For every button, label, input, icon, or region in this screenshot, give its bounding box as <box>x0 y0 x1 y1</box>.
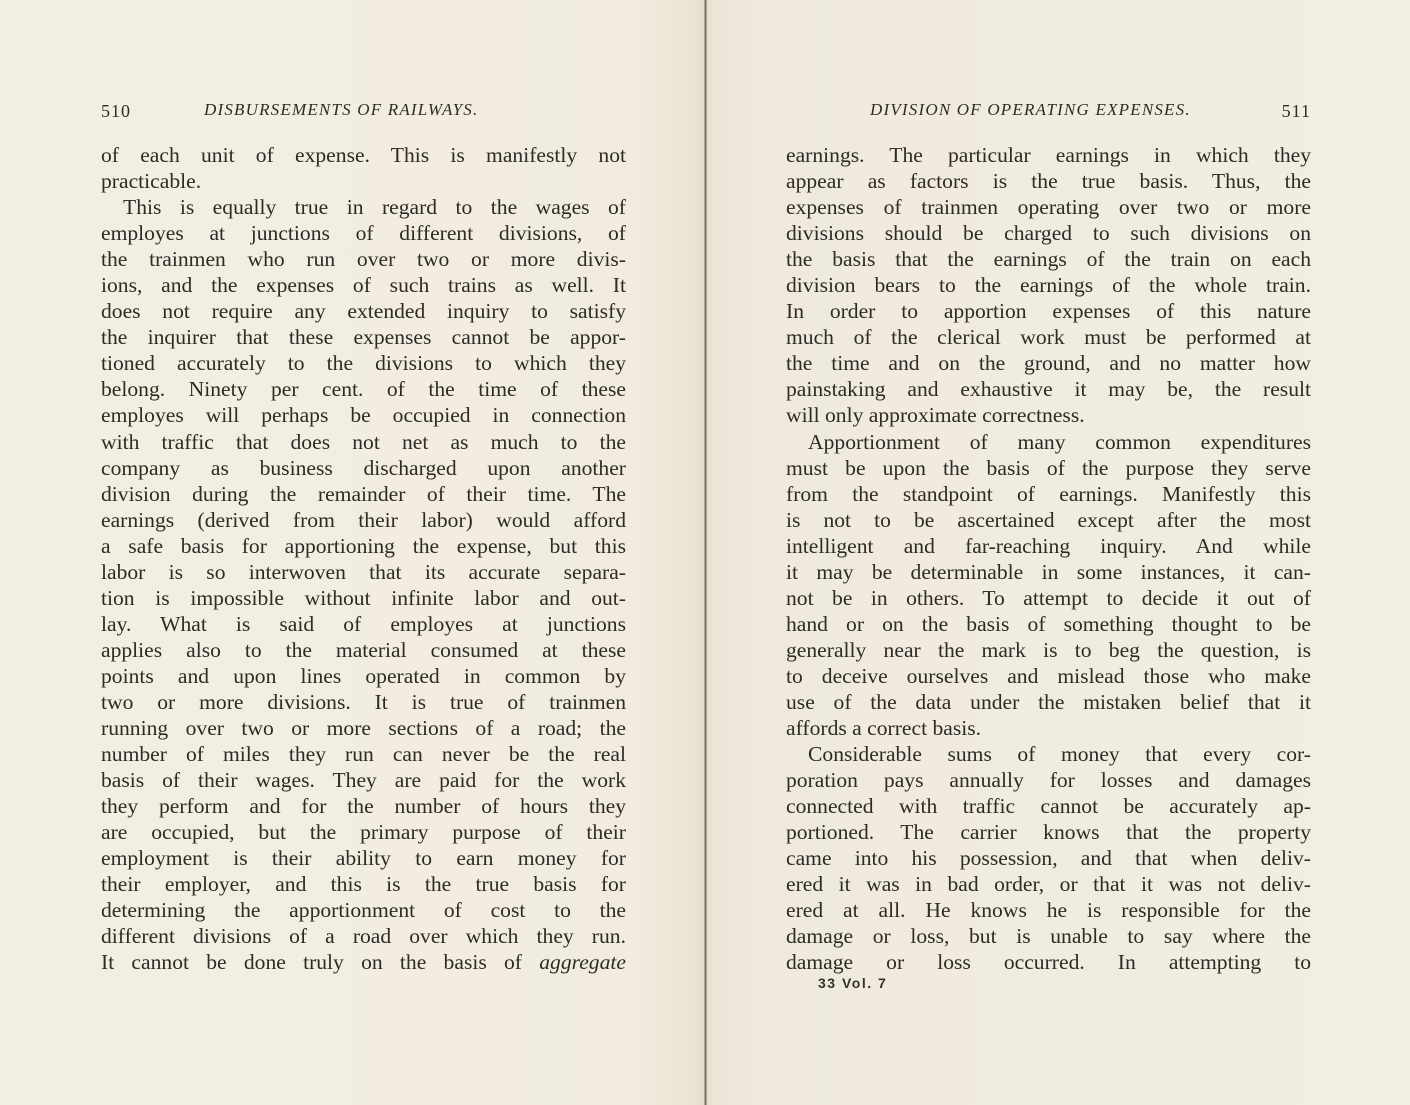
text-line: their employer, and this is the true bas… <box>101 871 626 897</box>
text-line: employment is their ability to earn mone… <box>101 845 626 871</box>
text-line: tion is impossible without infinite labo… <box>101 585 626 611</box>
text-line: employes will perhaps be occupied in con… <box>101 402 626 428</box>
text-line: poration pays annually for losses and da… <box>786 767 1311 793</box>
text-line: they perform and for the number of hours… <box>101 793 626 819</box>
text-line: is not to be ascertained except after th… <box>786 507 1311 533</box>
text-line: points and upon lines operated in common… <box>101 663 626 689</box>
text-line: earnings (derived from their labor) woul… <box>101 507 626 533</box>
text-line: employes at junctions of different divis… <box>101 220 626 246</box>
text-line: the trainmen who run over two or more di… <box>101 246 626 272</box>
text-line: the basis that the earnings of the train… <box>786 246 1311 272</box>
text-line: damage or loss occurred. In attempting t… <box>786 949 1311 975</box>
text-line: does not require any extended inquiry to… <box>101 298 626 324</box>
text-line: painstaking and exhaustive it may be, th… <box>786 376 1311 402</box>
text-line: from the standpoint of earnings. Manifes… <box>786 481 1311 507</box>
book-gutter <box>704 0 707 1105</box>
text-line: belong. Ninety per cent. of the time of … <box>101 376 626 402</box>
text-line: applies also to the material consumed at… <box>101 637 626 663</box>
text-line-final-roman: It cannot be done truly on the basis of <box>101 950 522 974</box>
paragraph-start-line: This is equally true in regard to the wa… <box>101 194 626 220</box>
text-line: must be upon the basis of the purpose th… <box>786 455 1311 481</box>
text-line: appear as factors is the true basis. Thu… <box>786 168 1311 194</box>
text-line: expenses of trainmen operating over two … <box>786 194 1311 220</box>
running-head-title-right: DIVISION OF OPERATING EXPENSES. <box>870 100 1191 120</box>
text-line: tioned accurately to the divisions to wh… <box>101 350 626 376</box>
book-spread: 510 DISBURSEMENTS OF RAILWAYS. of each u… <box>0 0 1410 1105</box>
italic-word: aggregate <box>539 950 626 974</box>
text-line: will only approximate correctness. <box>786 402 1311 428</box>
text-line: not be in others. To attempt to decide i… <box>786 585 1311 611</box>
text-line: of each unit of expense. This is manifes… <box>101 142 626 168</box>
text-line: intelligent and far-reaching inquiry. An… <box>786 533 1311 559</box>
text-line: damage or loss, but is unable to say whe… <box>786 923 1311 949</box>
text-line: division bears to the earnings of the wh… <box>786 272 1311 298</box>
text-line: the inquirer that these expenses cannot … <box>101 324 626 350</box>
text-line: number of miles they run can never be th… <box>101 741 626 767</box>
text-line: connected with traffic cannot be accurat… <box>786 793 1311 819</box>
text-line: are occupied, but the primary purpose of… <box>101 819 626 845</box>
text-line: much of the clerical work must be perfor… <box>786 324 1311 350</box>
left-running-head: 510 DISBURSEMENTS OF RAILWAYS. <box>101 100 626 124</box>
left-page: 510 DISBURSEMENTS OF RAILWAYS. of each u… <box>101 0 626 1105</box>
text-line: labor is so interwoven that its accurate… <box>101 559 626 585</box>
text-line-final: It cannot be done truly on the basis of … <box>101 949 626 975</box>
text-line: hand or on the basis of something though… <box>786 611 1311 637</box>
text-line: a safe basis for apportioning the expens… <box>101 533 626 559</box>
text-line: two or more divisions. It is true of tra… <box>101 689 626 715</box>
text-line: division during the remainder of their t… <box>101 481 626 507</box>
right-running-head: DIVISION OF OPERATING EXPENSES. 511 <box>786 100 1311 124</box>
text-line: company as business discharged upon anot… <box>101 455 626 481</box>
text-line: In order to apportion expenses of this n… <box>786 298 1311 324</box>
text-line: use of the data under the mistaken belie… <box>786 689 1311 715</box>
right-page-body: earnings. The particular earnings in whi… <box>786 142 1311 976</box>
page-number-left: 510 <box>101 101 131 122</box>
page-number-right: 511 <box>1282 101 1311 122</box>
text-line: affords a correct basis. <box>786 715 1311 741</box>
right-page: DIVISION OF OPERATING EXPENSES. 511 earn… <box>786 0 1311 1105</box>
text-line: ered it was in bad order, or that it was… <box>786 871 1311 897</box>
text-line: ered at all. He knows he is responsible … <box>786 897 1311 923</box>
text-line: the time and on the ground, and no matte… <box>786 350 1311 376</box>
text-line: different divisions of a road over which… <box>101 923 626 949</box>
text-line: earnings. The particular earnings in whi… <box>786 142 1311 168</box>
text-line: it may be determinable in some instances… <box>786 559 1311 585</box>
text-line: determining the apportionment of cost to… <box>101 897 626 923</box>
text-line: to deceive ourselves and mislead those w… <box>786 663 1311 689</box>
text-line: lay. What is said of employes at junctio… <box>101 611 626 637</box>
text-line: ions, and the expenses of such trains as… <box>101 272 626 298</box>
paragraph-start-line: Apportionment of many common expenditure… <box>786 429 1311 455</box>
running-head-title-left: DISBURSEMENTS OF RAILWAYS. <box>204 100 478 120</box>
text-line: basis of their wages. They are paid for … <box>101 767 626 793</box>
text-line: practicable. <box>101 168 626 194</box>
signature-mark: 33 Vol. 7 <box>818 975 887 991</box>
text-line: with traffic that does not net as much t… <box>101 429 626 455</box>
text-line: generally near the mark is to beg the qu… <box>786 637 1311 663</box>
text-line: came into his possession, and that when … <box>786 845 1311 871</box>
left-page-body: of each unit of expense. This is manifes… <box>101 142 626 976</box>
text-line: portioned. The carrier knows that the pr… <box>786 819 1311 845</box>
text-line: running over two or more sections of a r… <box>101 715 626 741</box>
text-line: divisions should be charged to such divi… <box>786 220 1311 246</box>
paragraph-start-line: Considerable sums of money that every co… <box>786 741 1311 767</box>
